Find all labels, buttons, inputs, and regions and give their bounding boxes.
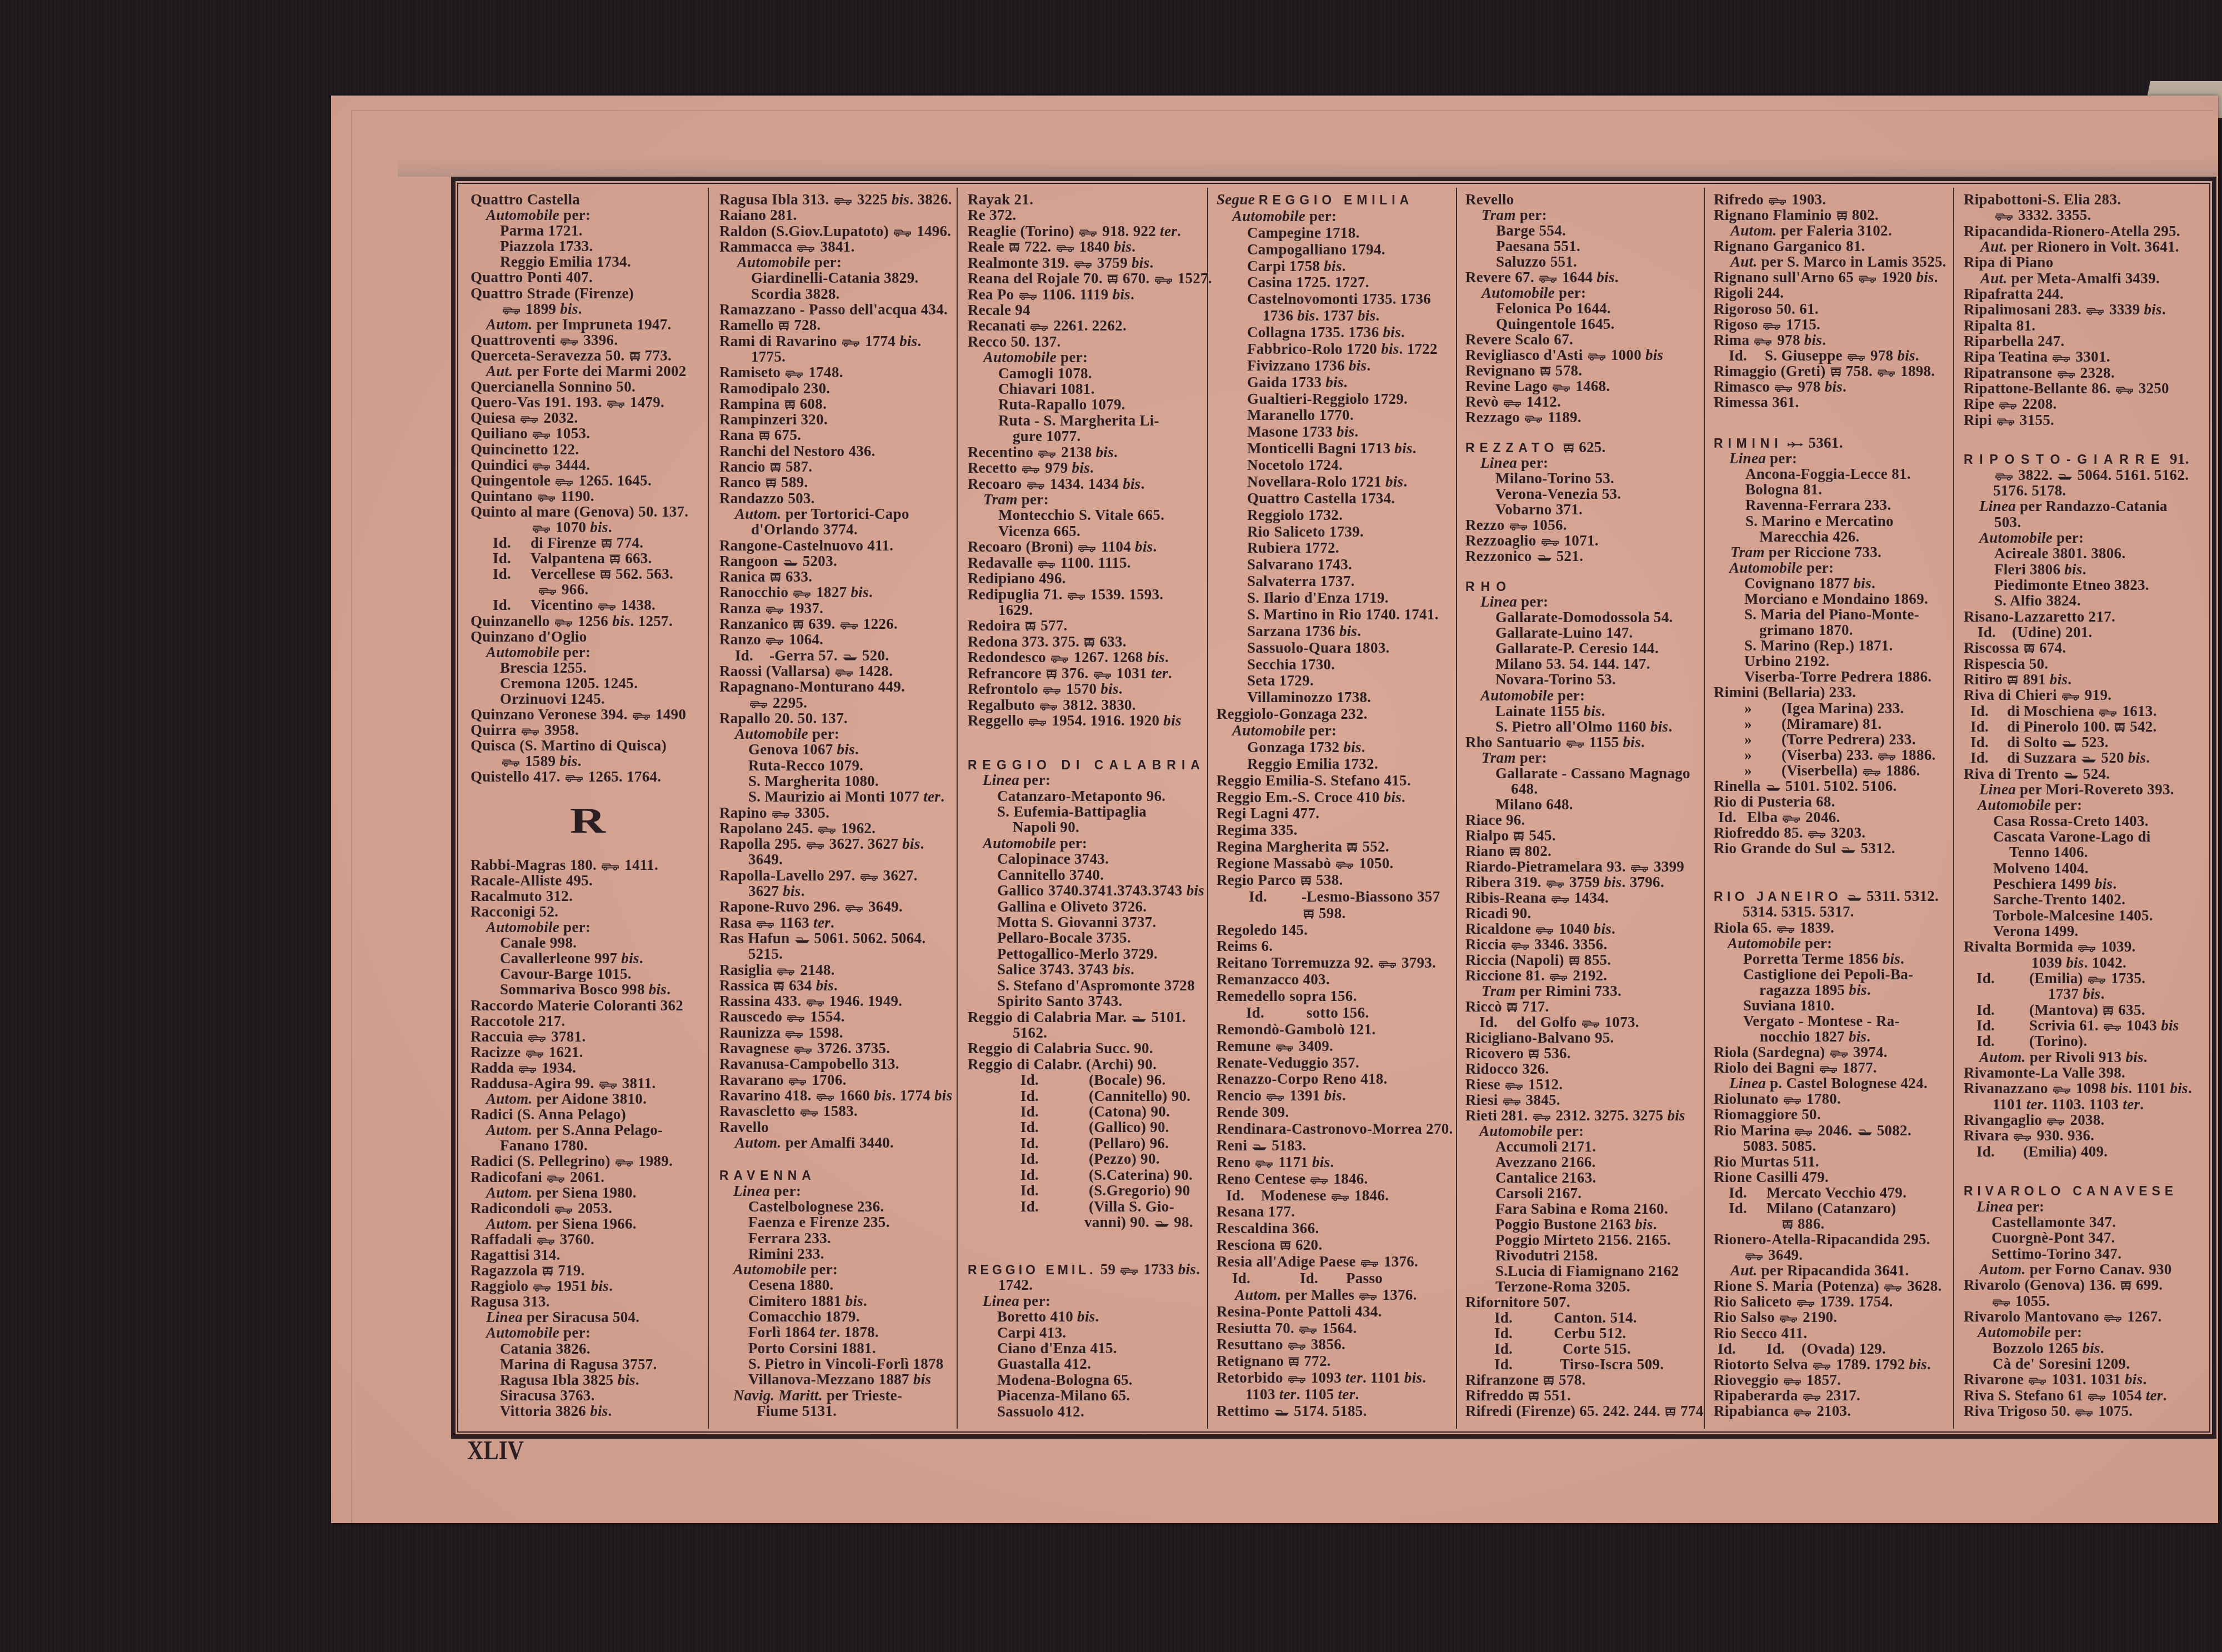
entry-text: Rioveggio — [1714, 1371, 1783, 1388]
entry-text: 524. — [2079, 765, 2110, 782]
automobile-icon — [834, 197, 853, 205]
index-subentry: Cavallerleone 997 bis. — [471, 950, 704, 966]
index-entry: Ripattone-Bellante 86. 3250 — [1964, 381, 2204, 396]
index-subentry: vanni) 90. 98. — [968, 1214, 1204, 1230]
index-entry: Revere 67. 1644 bis. — [1465, 269, 1701, 285]
index-subentry: Gaida 1733 bis. — [1217, 374, 1453, 390]
entry-text: Cavallerleone 997 bis. — [500, 950, 643, 967]
service-type-label: Automobile — [1480, 687, 1554, 704]
entry-text: 1267. — [2123, 1308, 2161, 1325]
index-entry: Raddusa-Agira 99. 3811. — [471, 1075, 704, 1091]
index-subentry: Cesena 1880. — [719, 1277, 954, 1293]
entry-text: Scrivia 61. — [2029, 1017, 2103, 1034]
index-entry: Riccione 81. 2192. — [1465, 968, 1701, 983]
index-subentry: S. Stefano d'Aspromonte 3728 — [968, 978, 1204, 993]
entry-text: 772. — [1300, 1353, 1331, 1369]
automobile-icon — [794, 1046, 813, 1054]
entry-text: Regoledo 145. — [1217, 922, 1308, 938]
entry-text: per: — [559, 207, 590, 223]
index-entry: Rimasco 978 bis. — [1714, 379, 1951, 394]
entry-text: Quinzano d'Oglio — [471, 628, 587, 645]
index-entry: Ramiseto 1748. — [719, 364, 954, 380]
index-subentry: Id.di Pinerolo 100. 542. — [1964, 719, 2204, 734]
index-subentry: Catanzaro-Metaponto 96. — [968, 788, 1204, 804]
entry-text: Radici (S. Pellegrino) — [471, 1153, 614, 1169]
index-subentry: Linea per: — [1465, 455, 1701, 470]
index-subentry: Cavour-Barge 1015. — [471, 966, 704, 982]
ditto-mark: Id. — [1020, 1183, 1089, 1198]
index-subentry: Masone 1733 bis. — [1217, 424, 1453, 439]
entry-text: 978 bis. — [1866, 347, 1919, 364]
index-entry: Recetto 979 bis. — [968, 460, 1204, 475]
index-subentry: Aut. per Rionero in Volt. 3641. — [1964, 239, 2204, 254]
automobile-icon — [2075, 1409, 2094, 1416]
entry-text: Querceta-Seravezza 50. — [471, 347, 629, 364]
index-entry: Refrontolo 1570 bis. — [968, 681, 1204, 697]
index-subentry: Montecchio S. Vitale 665. — [968, 507, 1204, 523]
entry-text: per Forno Canav. 930 — [2026, 1261, 2172, 1278]
service-type-label: Aut. — [1980, 270, 2007, 287]
index-entry: Ripalimosani 283. 3339 bis. — [1964, 302, 2204, 317]
entry-text: Resana 177. — [1217, 1203, 1295, 1220]
index-entry: Rivarolo Mantovano 1267. — [1964, 1309, 2204, 1324]
entry-text: per: — [1056, 835, 1087, 852]
entry-text: Novellara-Rolo 1721 bis. — [1247, 473, 1407, 490]
entry-text: Quiliano — [471, 425, 532, 442]
index-subentry: Secchia 1730. — [1217, 657, 1453, 672]
ditto-mark: Id. — [1226, 1188, 1261, 1203]
entry-text: Quincinetto 122. — [471, 441, 579, 458]
entry-text: vanni) 90. — [1084, 1214, 1153, 1230]
index-entry: Rasa 1163 ter. — [719, 915, 954, 930]
automobile-icon — [1120, 1267, 1139, 1275]
entry-text: 2038. — [2066, 1112, 2104, 1128]
entry-text: Rigoroso 50. 61. — [1714, 301, 1819, 317]
index-subentry: »(Viserba) 233. 1886. — [1714, 747, 1951, 763]
index-entry: Ranco 589. — [719, 474, 954, 490]
automobile-icon — [1067, 592, 1086, 600]
index-entry: Revello — [1465, 192, 1701, 207]
entry-text: 802. — [1848, 207, 1879, 223]
automobile-icon — [565, 774, 584, 782]
index-subentry: Reggiolo 1732. — [1217, 507, 1453, 523]
entry-text: 520 bis. — [2097, 749, 2150, 766]
entry-text: 1583. — [819, 1103, 858, 1119]
entry-text: 376. — [1058, 665, 1093, 682]
entry-text: Rivangaglio — [1964, 1112, 2046, 1128]
automobile-icon — [2104, 1314, 2123, 1322]
automobile-icon — [1093, 671, 1112, 679]
index-entry: Ragattisi 314. — [471, 1247, 704, 1263]
index-subentry: Linea per: — [1964, 1199, 2204, 1214]
entry-text: Scordia 3828. — [751, 286, 840, 302]
entry-text: per: — [1517, 593, 1548, 610]
entry-text: Sarzana 1736 bis. — [1247, 623, 1361, 639]
entry-text: Ragusa 313. — [471, 1293, 550, 1310]
automobile-icon — [1037, 560, 1056, 568]
index-entry: Rione Casilli 479. — [1714, 1169, 1951, 1185]
entry-text: 3346. 3356. — [1530, 936, 1608, 953]
entry-text: Rio di Pusteria 68. — [1714, 793, 1835, 810]
index-entry: Ripa di Piano — [1964, 254, 2204, 270]
entry-text: 2261. 2262. — [1049, 317, 1127, 334]
index-entry: Rettimo 5174. 5185. — [1217, 1403, 1453, 1419]
index-entry: Ravarino 418. 1660 bis. 1774 bis — [719, 1088, 954, 1103]
entry-text: (Viserbella) — [1781, 762, 1862, 779]
entry-text: 520. — [858, 647, 889, 664]
entry-text: Ripalimosani 283. — [1964, 301, 2085, 318]
entry-text: Realmonte 319. — [968, 254, 1073, 271]
service-type-label: Automobile — [1482, 284, 1555, 301]
service-type-label: Tram — [1730, 544, 1765, 560]
index-subentry: Sassuolo-Quara 1803. — [1217, 640, 1453, 655]
entry-text: Rimaggio (Greti) — [1714, 363, 1830, 379]
index-entry: Rivarone 1031. 1031 bis. — [1964, 1371, 2204, 1387]
entry-text: 1055. — [2011, 1293, 2050, 1309]
index-subentry: Castelbolognese 236. — [719, 1199, 954, 1214]
index-entry: Raossi (Vallarsa) 1428. — [719, 663, 954, 679]
entry-text: Quindici — [471, 457, 532, 473]
index-entry: Racalmuto 312. — [471, 888, 704, 904]
index-entry: Riardo-Pietramelara 93. 3399 — [1465, 859, 1701, 874]
index-entry: Reggello 1954. 1916. 1920 bis — [968, 713, 1204, 728]
entry-text: Rifredi (Firenze) 65. 242. 244. — [1465, 1403, 1664, 1419]
steamship-icon — [2057, 473, 2073, 480]
service-type-label: Linea — [1729, 450, 1766, 467]
index-subentry: S. Margherita 1080. — [719, 773, 954, 789]
index-entry: Revine Lago 1468. — [1465, 378, 1701, 394]
index-subentry: Tram per: — [1465, 750, 1701, 765]
steamship-icon — [842, 654, 858, 661]
index-subentry: Id.(Catona) 90. — [968, 1104, 1204, 1119]
index-entry: Riola (Sardegna) 3974. — [1714, 1044, 1951, 1060]
entry-text: Gallina e Oliveto 3726. — [997, 898, 1147, 915]
service-type-label: Automobile — [486, 919, 559, 935]
index-subentry: Aut. per Meta-Amalfi 3439. — [1964, 271, 2204, 286]
entry-text: 1621. — [545, 1044, 583, 1060]
entry-text: Sarche-Trento 1402. — [1993, 891, 2125, 908]
entry-text: Rifranzone — [1465, 1371, 1543, 1388]
entry-text: Guastalla 412. — [997, 1355, 1091, 1372]
tram-icon — [1303, 909, 1314, 919]
index-subentry: Vicenza 665. — [968, 523, 1204, 539]
tram-icon — [1507, 1003, 1518, 1012]
index-entry: Rasiglia 2148. — [719, 962, 954, 978]
index-subentry: Automobile per: — [471, 1325, 704, 1340]
index-subentry: Avezzano 2166. — [1465, 1154, 1701, 1170]
entry-text: 2190. — [1799, 1309, 1837, 1325]
index-subentry: Brescia 1255. — [471, 660, 704, 675]
entry-text: Fara Sabina e Roma 2160. — [1495, 1200, 1668, 1217]
entry-text: Cremona 1205. 1245. — [500, 675, 638, 692]
steamship-icon — [1252, 1144, 1267, 1151]
index-subentry: Pettogallico-Merlo 3729. — [968, 946, 1204, 962]
entry-text: 1899 bis. — [522, 301, 582, 317]
index-entry: RIMINI 5361. — [1714, 435, 1951, 450]
tram-icon — [1569, 956, 1580, 965]
service-type-label: Autom. — [486, 316, 533, 333]
entry-text: Vercellese — [531, 565, 599, 582]
index-subentry: Scordia 3828. — [719, 286, 954, 302]
index-entry: Rifreddo 551. — [1465, 1388, 1701, 1403]
entry-text: Ripatransone — [1964, 364, 2056, 381]
automobile-icon — [2088, 1393, 2106, 1401]
index-entry: Rinella 5101. 5102. 5106. — [1714, 778, 1951, 794]
index-entry: Quattro Ponti 407. — [471, 269, 704, 285]
index-subentry: Poggio Bustone 2163 bis. — [1465, 1217, 1701, 1232]
entry-text: Rana — [719, 427, 758, 443]
index-entry: Regima 335. — [1217, 822, 1453, 838]
entry-text: Resina-Ponte Pattoli 434. — [1217, 1303, 1382, 1320]
entry-text: 587. — [782, 458, 813, 475]
entry-text: Reni — [1217, 1137, 1251, 1154]
entry-text: 1490 — [652, 706, 686, 723]
entry-text: Brescia 1255. — [500, 659, 587, 676]
index-entry: Rifredo 1903. — [1714, 192, 1951, 207]
entry-text: Redavalle — [968, 554, 1037, 571]
index-subentry: Salice 3743. 3743 bis. — [968, 962, 1204, 977]
entry-text: Refrontolo — [968, 680, 1042, 697]
service-type-label: Automobile — [486, 644, 559, 660]
index-subentry: Viserba-Torre Pedrera 1886. — [1714, 669, 1951, 684]
index-subentry: Autom. per Aidone 3810. — [471, 1091, 704, 1107]
entry-text: (Mantova) — [2029, 1002, 2102, 1018]
index-entry: Ricovero 536. — [1465, 1045, 1701, 1061]
entry-text — [1255, 191, 1259, 208]
entry-text: 3845. — [1522, 1092, 1560, 1108]
index-subentry: Automobile per: — [719, 254, 954, 270]
automobile-icon — [560, 338, 579, 346]
station-heading: REZZATO — [1465, 440, 1559, 455]
index-entry: Ramello 728. — [719, 317, 954, 333]
index-entry: Rima 978 bis. — [1714, 332, 1951, 348]
entry-text: Rampina — [719, 396, 784, 412]
tram-icon — [1563, 443, 1574, 453]
entry-text: Cerbu 512. — [1554, 1325, 1627, 1341]
entry-text: per: — [1057, 349, 1088, 366]
automobile-icon — [1551, 895, 1570, 903]
ditto-mark: Id. — [1970, 734, 2007, 750]
entry-text: 2208. — [2018, 396, 2056, 412]
tram-icon — [1513, 832, 1524, 841]
index-subentry: Pellaro-Bocale 3735. — [968, 930, 1204, 945]
index-entry: Rifranzone 578. — [1465, 1372, 1701, 1388]
automobile-icon — [1359, 1293, 1378, 1300]
entry-text: 3628. — [1903, 1278, 1941, 1294]
steamship-icon — [1840, 847, 1856, 854]
index-entry: Renate-Veduggio 357. — [1217, 1055, 1453, 1070]
entry-text: Castiglione dei Pepoli-Ba- — [1743, 966, 1913, 983]
service-type-label: Automobile — [733, 1261, 807, 1278]
automobile-icon — [1050, 655, 1069, 663]
entry-text: Regi Lagni 477. — [1217, 805, 1319, 822]
service-type-label: Aut. — [1730, 253, 1757, 270]
entry-text: Reno — [1217, 1154, 1254, 1170]
index-subentry: Tram per Rimini 733. — [1465, 983, 1701, 999]
entry-text: Ragusa Ibla 313. — [719, 191, 833, 208]
index-column-2: Ragusa Ibla 313. 3225 bis. 3826.Raiano 2… — [719, 192, 954, 1419]
entry-text: per: — [1516, 749, 1547, 766]
entry-text: Riotorto Selva — [1714, 1356, 1812, 1373]
entry-text: 1434. — [1570, 889, 1609, 906]
automobile-icon — [1552, 384, 1571, 392]
automobile-icon — [2057, 371, 2076, 378]
entry-text: Gallarate - Cassano Magnago — [1495, 765, 1690, 782]
index-subentry: Peschiera 1499 bis. — [1964, 876, 2204, 892]
entry-text: Revere Scalo 67. — [1465, 331, 1573, 348]
index-entry: Quinzano d'Oglio — [471, 629, 704, 644]
automobile-icon — [2061, 693, 2080, 700]
entry-text: (Ovada) 129. — [1801, 1340, 1886, 1357]
automobile-icon — [1803, 1393, 1821, 1401]
index-entry: Revigliasco d'Asti 1000 bis — [1465, 347, 1701, 363]
service-type-label: Automobile — [1978, 797, 2051, 813]
tram-icon — [2024, 644, 2035, 653]
station-heading: REGGIO DI CALABRIA — [968, 758, 1205, 772]
index-entry: Quinto al mare (Genova) 50. 137. — [471, 504, 704, 519]
entry-text: 891 bis. — [2019, 671, 2071, 688]
index-subentry: S. Maria del Piano-Monte- — [1714, 607, 1951, 622]
ditto-mark: » — [1744, 716, 1781, 732]
entry-text: 719. — [554, 1262, 585, 1279]
entry-text: Modena-Bologna 65. — [997, 1371, 1133, 1388]
entry-text: sotto 156. — [1307, 1004, 1369, 1021]
entry-text: per: — [770, 1183, 801, 1199]
index-entry: Quinzano Veronese 394. 1490 — [471, 707, 704, 722]
index-subentry: Accumoli 2171. — [1465, 1139, 1701, 1154]
automobile-icon — [1630, 864, 1649, 872]
entry-text: S. Alfio 3824. — [1994, 592, 2081, 609]
page-number: XLIV — [467, 1438, 524, 1464]
entry-text: Raccuia — [471, 1028, 527, 1045]
entry-text: 625. — [1575, 439, 1606, 455]
entry-text: Quintano — [471, 488, 537, 504]
station-heading: RIPOSTO-GIARRE — [1964, 452, 2166, 467]
index-subentry: Id.di Firenze 774. — [471, 535, 704, 550]
tram-icon — [601, 539, 612, 548]
automobile-icon — [893, 229, 912, 237]
automobile-icon — [1794, 1128, 1813, 1136]
entry-text: Riparbella 247. — [1964, 333, 2065, 349]
ditto-mark: Id. — [1494, 1341, 1563, 1356]
service-type-label: Automobile — [735, 725, 808, 742]
entry-text: Ranzo — [719, 631, 765, 648]
automobile-icon — [2052, 354, 2071, 362]
automobile-icon — [1331, 1193, 1350, 1201]
index-subentry: Motta S. Giovanni 3737. — [968, 914, 1204, 930]
index-entry: Rivamonte-La Valle 398. — [1964, 1065, 2204, 1080]
entry-text: 699. — [2132, 1276, 2163, 1293]
index-subentry: Cuorgnè-Pont 347. — [1964, 1230, 2204, 1245]
entry-text: Ruta-Rapallo 1079. — [998, 396, 1125, 413]
entry-text: 774 — [1676, 1403, 1703, 1419]
entry-text: 562. 563. — [612, 565, 673, 582]
index-subentry: Gallarate-P. Ceresio 144. — [1465, 640, 1701, 656]
entry-text: Risano-Lazzaretto 217. — [1964, 608, 2115, 625]
column-divider — [1704, 188, 1705, 1429]
index-entry: Riotorto Selva 1789. 1792 bis. — [1714, 1356, 1951, 1372]
entry-text: Quinto al mare (Genova) 50. 137. — [471, 503, 688, 520]
entry-text: Castellamonte 347. — [1991, 1214, 2116, 1230]
automobile-icon — [2013, 1133, 2032, 1141]
automobile-icon — [1535, 927, 1554, 934]
index-subentry: »(Viserbella) 1886. — [1714, 763, 1951, 778]
service-type-label: Tram — [983, 491, 1018, 508]
service-type-label: Autom. — [1730, 222, 1777, 239]
entry-text: Reggiolo-Gonzaga 232. — [1217, 705, 1368, 722]
index-subentry: Aut. per S. Marco in Lamis 3525. — [1714, 254, 1951, 269]
index-subentry: Boretto 410 bis. — [968, 1309, 1204, 1324]
automobile-icon — [1022, 465, 1040, 473]
index-subentry: Milano 53. 54. 144. 147. — [1465, 656, 1701, 672]
ditto-mark: Id. — [1494, 1310, 1554, 1325]
index-subentry: Id.(Emilia) 1735. — [1964, 970, 2204, 986]
entry-text: Rho Santuario — [1465, 734, 1565, 750]
entry-text: (Torre Pedrera) 233. — [1781, 731, 1916, 748]
index-entry: Quincinetto 122. — [471, 442, 704, 457]
index-subentry: ragazza 1895 bis. — [1714, 982, 1951, 998]
automobile-icon — [1079, 229, 1098, 237]
index-subentry: Paesana 551. — [1465, 238, 1701, 254]
index-subentry: 3822. 5064. 5161. 5162. — [1964, 467, 2204, 483]
entry-text: Rio Saliceto — [1714, 1293, 1796, 1310]
index-subentry: Id.Vicentino 1438. — [471, 597, 704, 613]
index-entry: Ridocco 326. — [1465, 1061, 1701, 1077]
entry-text: Ravarano — [719, 1072, 788, 1088]
entry-text: (Viserba) 233. — [1781, 747, 1877, 763]
index-subentry: Lainate 1155 bis. — [1465, 703, 1701, 719]
ditto-mark: Id. — [1976, 1033, 2029, 1049]
entry-text: per: — [810, 254, 842, 271]
entry-text: Calopinace 3743. — [997, 850, 1109, 867]
index-subentry: Ravenna-Ferrara 233. — [1714, 497, 1951, 513]
entry-text: per Siracusa 504. — [523, 1309, 639, 1325]
steamship-icon — [1131, 1015, 1147, 1023]
entry-text: Reggio Emilia 1734. — [500, 253, 631, 270]
entry-text: Paesana 551. — [1496, 238, 1580, 254]
entry-text: Rezzoaglio — [1465, 532, 1540, 549]
entry-text: Rapino — [719, 804, 771, 821]
index-subentry: Automobile per: — [471, 919, 704, 935]
index-entry: Raggiolo 1951 bis. — [471, 1278, 704, 1294]
service-type-label: Linea — [983, 772, 1019, 788]
automobile-icon — [502, 307, 521, 314]
index-subentry: Linea per: — [968, 772, 1204, 788]
index-subentry: Ruta - S. Margherita Li- — [968, 413, 1204, 428]
automobile-icon — [1038, 450, 1057, 458]
entry-text: per: — [559, 919, 590, 935]
index-subentry: 1101 ter. 1103. 1103 ter. — [1964, 1097, 2204, 1112]
index-subentry: Id.-Lesmo-Biassono 357 — [1217, 889, 1453, 904]
entry-text: 3649. — [1764, 1246, 1803, 1263]
entry-text: Marina di Ragusa 3757. — [500, 1356, 657, 1373]
index-subentry: Linea per Siracusa 504. — [471, 1309, 704, 1325]
entry-text: 3301. — [2071, 348, 2110, 365]
service-type-label: Linea — [1976, 1198, 2013, 1215]
index-entry: Raccuia 3781. — [471, 1029, 704, 1044]
entry-text: Ribera 319. — [1465, 874, 1545, 890]
entry-text: Riscossa — [1964, 639, 2023, 656]
entry-text: 966. — [558, 581, 589, 598]
index-entry: Riomaggiore 50. — [1714, 1107, 1951, 1122]
entry-text: Poggio Mirteto 2156. 2165. — [1495, 1232, 1671, 1248]
automobile-icon — [1505, 1082, 1524, 1090]
index-subentry: 503. — [1964, 514, 2204, 530]
entry-text: Castelbolognese 236. — [748, 1198, 884, 1215]
index-entry: Rencio 1391 bis. — [1217, 1088, 1453, 1103]
entry-text: Rea Po — [968, 286, 1018, 303]
index-subentry: Salvaterra 1737. — [1217, 573, 1453, 589]
